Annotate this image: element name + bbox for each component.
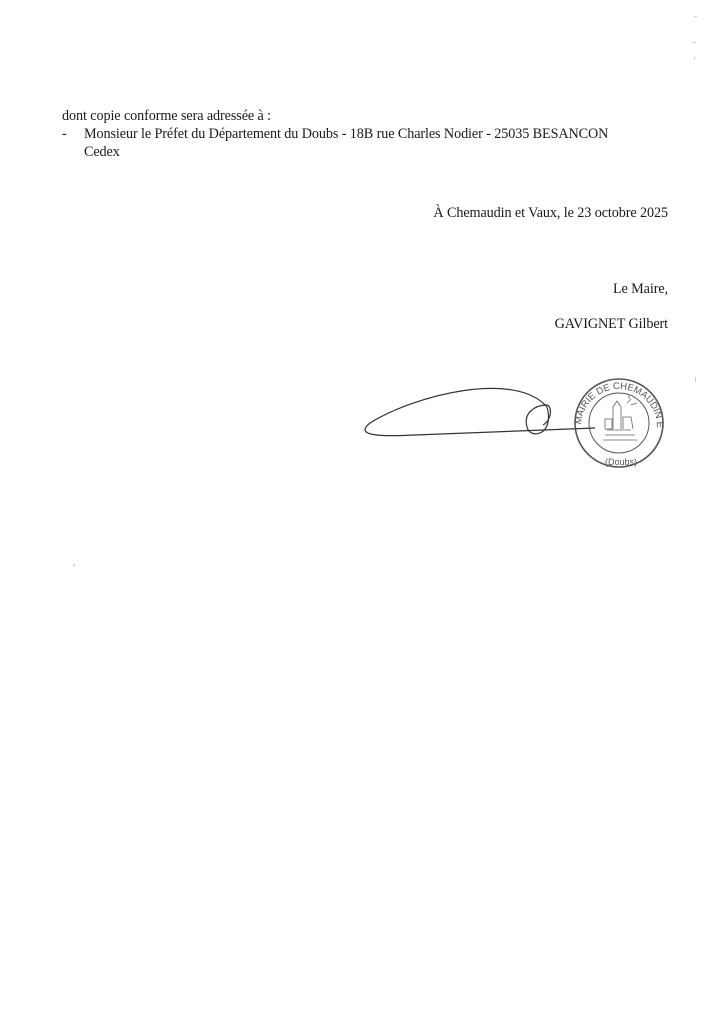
recipient-address-line-1: Monsieur le Préfet du Département du Dou… [84,125,608,143]
scan-artifact [73,564,75,566]
place-and-date: À Chemaudin et Vaux, le 23 octobre 2025 [433,204,668,222]
svg-text:MAIRIE DE CHEMAUDIN ET VAUX: MAIRIE DE CHEMAUDIN ET VAUX [355,355,665,428]
svg-text:(Doubs): (Doubs) [605,457,637,467]
recipient-bullet: - [62,125,67,143]
recipient-address-line-2: Cedex [84,143,120,161]
signature-and-stamp: MAIRIE DE CHEMAUDIN ET VAUX (Doubs) [355,355,715,485]
document-page: dont copie conforme sera adressée à : - … [0,0,724,1024]
signatory-name: GAVIGNET Gilbert [555,315,668,333]
scan-artifact [695,377,696,382]
signatory-title: Le Maire, [613,280,668,298]
scan-artifact [694,16,697,17]
town-hall-seal-icon: MAIRIE DE CHEMAUDIN ET VAUX (Doubs) [355,355,665,467]
recipients-intro: dont copie conforme sera adressée à : [62,107,271,125]
scan-artifact [692,42,696,43]
scan-artifact [694,57,695,60]
handwritten-signature-icon [365,388,595,435]
